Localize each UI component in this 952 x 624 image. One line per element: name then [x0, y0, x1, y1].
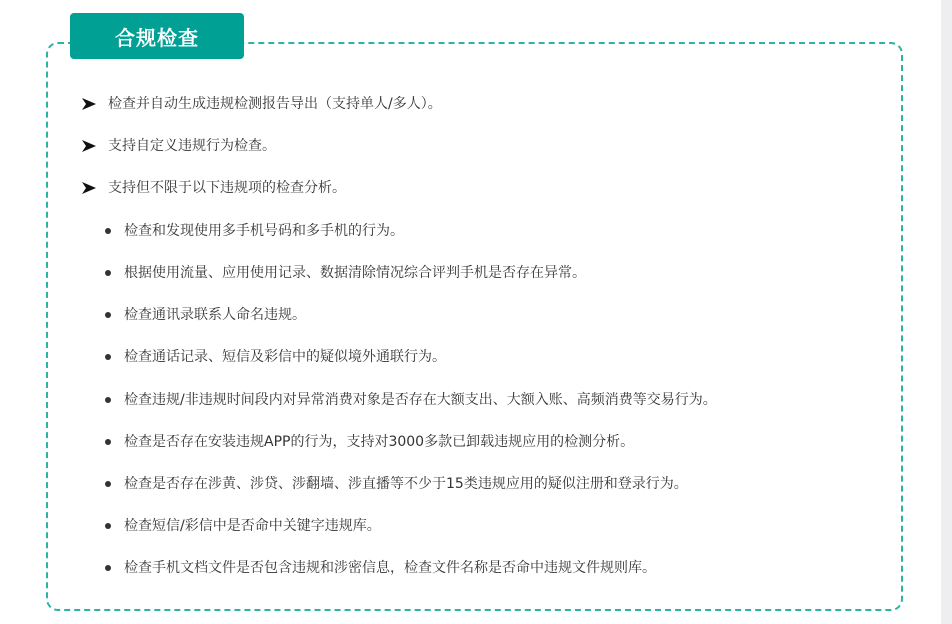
- bullet-icon: [105, 439, 111, 445]
- main-point: 支持自定义违规行为检查。: [81, 136, 276, 156]
- arrow-icon: [81, 97, 97, 111]
- sub-point-text: 检查是否存在安装违规APP的行为，支持对3000多款已卸载违规应用的检测分析。: [124, 432, 634, 452]
- sub-point: 检查是否存在涉黄、涉贷、涉翻墙、涉直播等不少于15类违规应用的疑似注册和登录行为…: [105, 474, 688, 494]
- section-title: 合规检查: [115, 22, 199, 51]
- main-point: 支持但不限于以下违规项的检查分析。: [81, 178, 346, 198]
- sub-point-text: 检查通讯录联系人命名违规。: [124, 305, 306, 325]
- bullet-icon: [105, 228, 111, 234]
- sub-point-text: 检查是否存在涉黄、涉贷、涉翻墙、涉直播等不少于15类违规应用的疑似注册和登录行为…: [124, 474, 688, 494]
- bullet-icon: [105, 523, 111, 529]
- section-title-badge: 合规检查: [70, 13, 244, 59]
- sub-point: 根据使用流量、应用使用记录、数据清除情况综合评判手机是否存在异常。: [105, 263, 586, 283]
- arrow-icon: [81, 139, 97, 153]
- main-point: 检查并自动生成违规检测报告导出（支持单人/多人）。: [81, 94, 442, 114]
- bullet-icon: [105, 270, 111, 276]
- bullet-icon: [105, 565, 111, 571]
- sub-point: 检查通讯录联系人命名违规。: [105, 305, 306, 325]
- main-point-text: 检查并自动生成违规检测报告导出（支持单人/多人）。: [108, 94, 442, 114]
- sub-point: 检查短信/彩信中是否命中关键字违规库。: [105, 516, 381, 536]
- main-point-text: 支持但不限于以下违规项的检查分析。: [108, 178, 346, 198]
- bullet-icon: [105, 312, 111, 318]
- sub-point: 检查违规/非违规时间段内对异常消费对象是否存在大额支出、大额入账、高频消费等交易…: [105, 390, 717, 410]
- right-edge-strip: [941, 0, 952, 624]
- bullet-icon: [105, 481, 111, 487]
- sub-point-text: 检查和发现使用多手机号码和多手机的行为。: [124, 221, 404, 241]
- arrow-icon: [81, 181, 97, 195]
- sub-point-text: 检查短信/彩信中是否命中关键字违规库。: [124, 516, 381, 536]
- sub-point: 检查通话记录、短信及彩信中的疑似境外通联行为。: [105, 347, 446, 367]
- sub-point: 检查手机文档文件是否包含违规和涉密信息，检查文件名称是否命中违规文件规则库。: [105, 558, 656, 578]
- bullet-icon: [105, 397, 111, 403]
- sub-point: 检查是否存在安装违规APP的行为，支持对3000多款已卸载违规应用的检测分析。: [105, 432, 634, 452]
- main-point-text: 支持自定义违规行为检查。: [108, 136, 276, 156]
- sub-point-text: 检查手机文档文件是否包含违规和涉密信息，检查文件名称是否命中违规文件规则库。: [124, 558, 656, 578]
- bullet-icon: [105, 354, 111, 360]
- sub-point-text: 检查通话记录、短信及彩信中的疑似境外通联行为。: [124, 347, 446, 367]
- sub-point-text: 根据使用流量、应用使用记录、数据清除情况综合评判手机是否存在异常。: [124, 263, 586, 283]
- sub-point: 检查和发现使用多手机号码和多手机的行为。: [105, 221, 404, 241]
- sub-point-text: 检查违规/非违规时间段内对异常消费对象是否存在大额支出、大额入账、高频消费等交易…: [124, 390, 717, 410]
